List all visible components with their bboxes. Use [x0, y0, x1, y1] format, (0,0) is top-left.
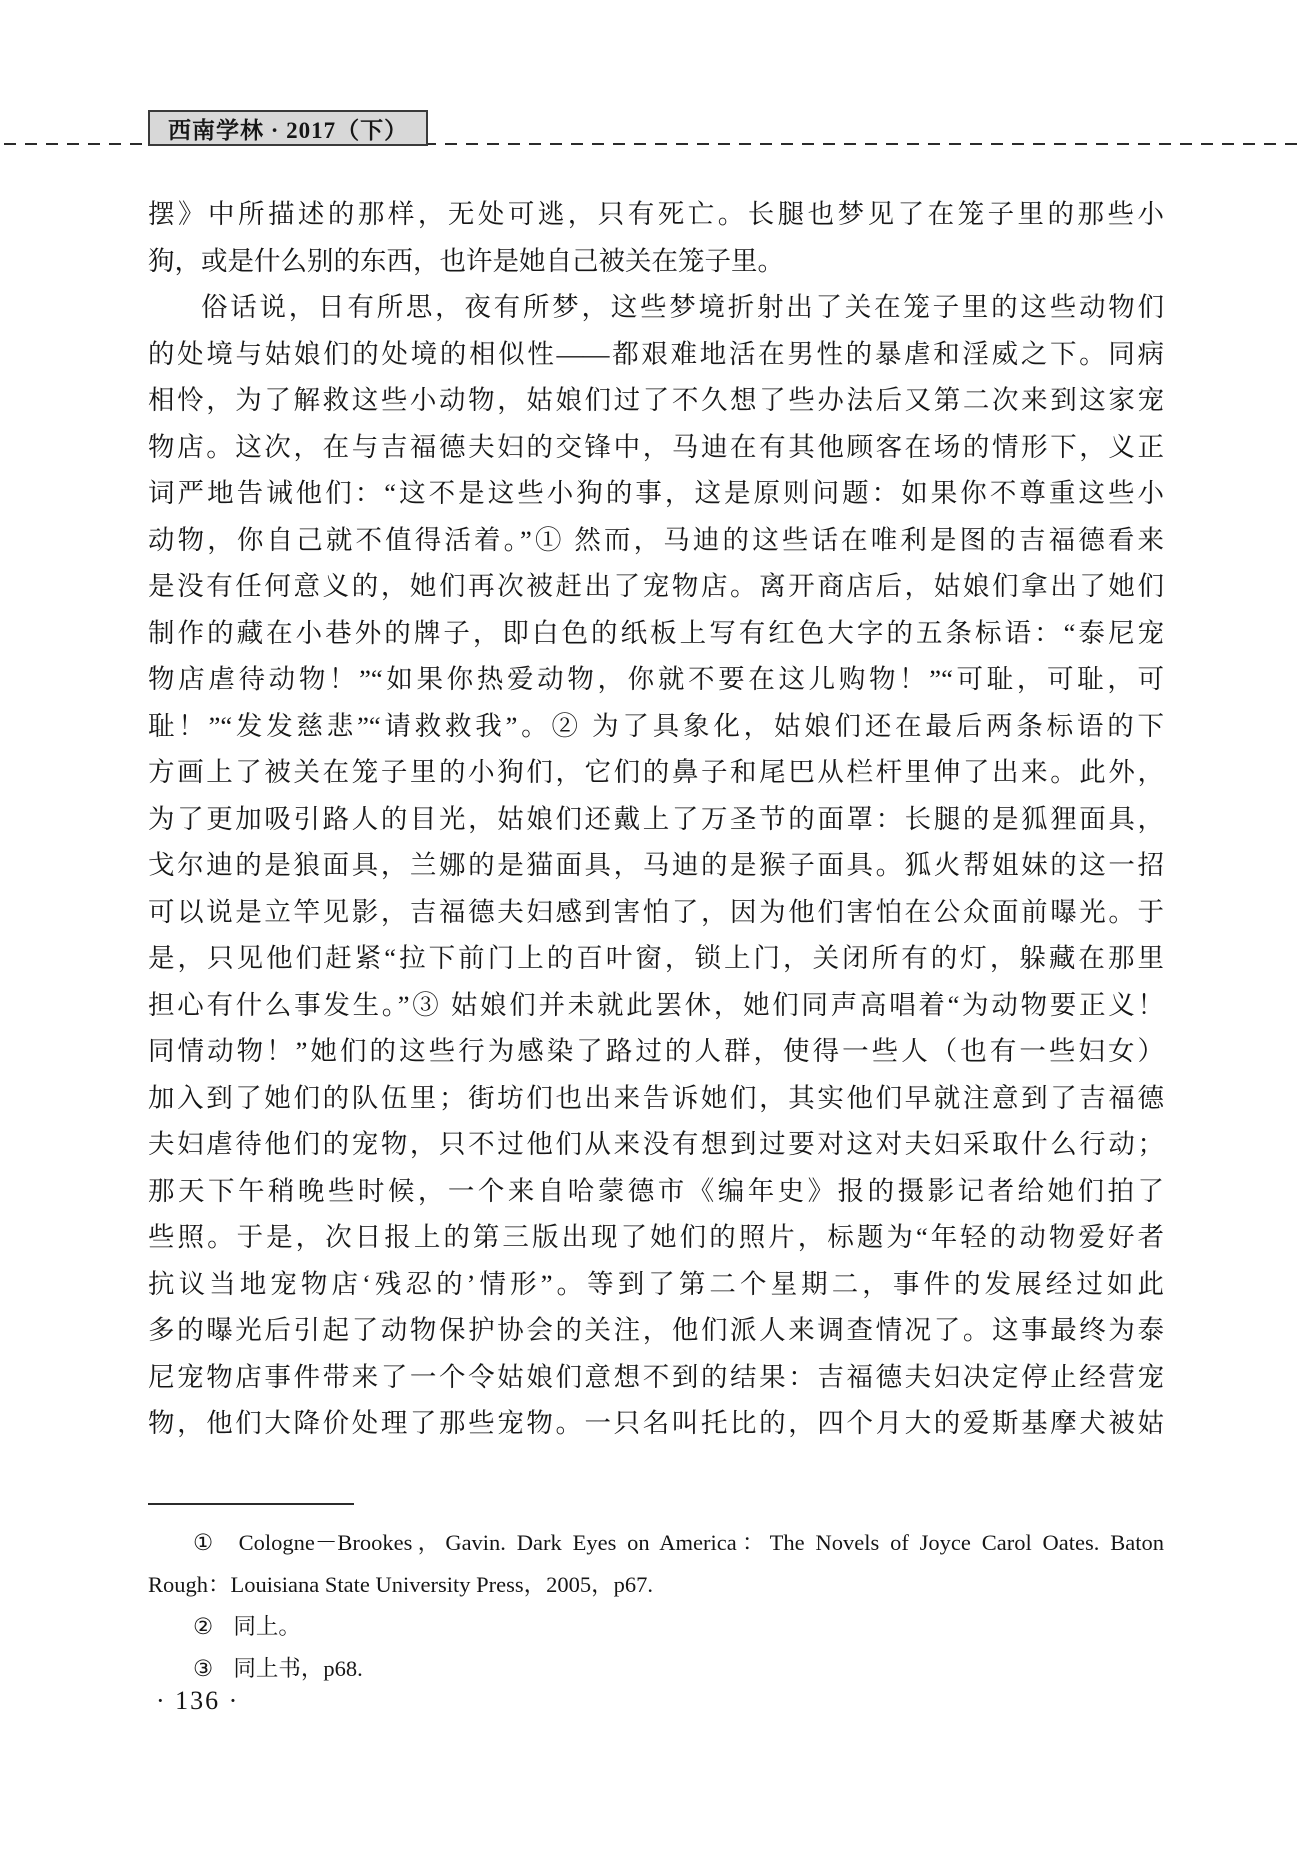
running-title: 西南学林 · 2017（下）	[168, 112, 408, 145]
text-line: 抗议当地宠物店‘残忍的’情形”。等到了第二个星期二，事件的发展经过如此	[148, 1261, 1164, 1308]
text-line: 戈尔迪的是狼面具，兰娜的是猫面具，马迪的是猴子面具。狐火帮姐妹的这一招	[148, 842, 1164, 889]
text-line: 同情动物！”她们的这些行为感染了路过的人群，使得一些人（也有一些妇女）	[148, 1028, 1164, 1075]
text-line: 物，他们大降价处理了那些宠物。一只名叫托比的，四个月大的爱斯基摩犬被姑	[148, 1400, 1164, 1447]
page-number: · 136 ·	[156, 1686, 239, 1716]
text-line: 是，只见他们赶紧“拉下前门上的百叶窗，锁上门，关闭所有的灯，躲藏在那里	[148, 935, 1164, 982]
text-line: 制作的藏在小巷外的牌子，即白色的纸板上写有红色大字的五条标语：“泰尼宠	[148, 610, 1164, 657]
text-line: 可以说是立竿见影，吉福德夫妇感到害怕了，因为他们害怕在公众面前曝光。于	[148, 889, 1164, 936]
text-line: 俗话说，日有所思，夜有所梦，这些梦境折射出了关在笼子里的这些动物们	[148, 284, 1164, 331]
footnote-text: Cologne－Brookes，Gavin. Dark Eyes on Amer…	[148, 1530, 1164, 1597]
text-line: 是没有任何意义的，她们再次被赶出了宠物店。离开商店后，姑娘们拿出了她们	[148, 563, 1164, 610]
text-line: 动物，你自己就不值得活着。”① 然而，马迪的这些话在唯利是图的吉福德看来	[148, 517, 1164, 564]
text-line: 物店虐待动物！”“如果你热爱动物，你就不要在这儿购物！”“可耻，可耻，可	[148, 656, 1164, 703]
text-line: 方画上了被关在笼子里的小狗们，它们的鼻子和尾巴从栏杆里伸了出来。此外，	[148, 749, 1164, 796]
text-line: 多的曝光后引起了动物保护协会的关注，他们派人来调查情况了。这事最终为泰	[148, 1307, 1164, 1354]
running-title-box: 西南学林 · 2017（下）	[148, 110, 428, 146]
footnote-text: 同上。	[233, 1614, 301, 1639]
footnotes: ①Cologne－Brookes，Gavin. Dark Eyes on Ame…	[148, 1522, 1164, 1690]
text-line: 相怜，为了解救这些小动物，姑娘们过了不久想了些办法后又第二次来到这家宠	[148, 377, 1164, 424]
footnote-item: ③同上书，p68.	[148, 1648, 1164, 1690]
footnote-item: ②同上。	[148, 1606, 1164, 1648]
footnote-text: 同上书，p68.	[233, 1656, 362, 1681]
footnote-marker: ③	[193, 1656, 213, 1681]
text-line: 词严地告诫他们：“这不是这些小狗的事，这是原则问题：如果你不尊重这些小	[148, 470, 1164, 517]
text-line: 耻！”“发发慈悲”“请救救我”。② 为了具象化，姑娘们还在最后两条标语的下	[148, 703, 1164, 750]
footnote-marker: ②	[193, 1614, 213, 1639]
text-line: 担心有什么事发生。”③ 姑娘们并未就此罢休，她们同声高唱着“为动物要正义！	[148, 982, 1164, 1029]
footnote-separator	[148, 1503, 354, 1505]
document-page: 西南学林 · 2017（下） 摆》中所描述的那样，无处可逃，只有死亡。长腿也梦见…	[0, 0, 1307, 1859]
text-line: 物店。这次，在与吉福德夫妇的交锋中，马迪在有其他顾客在场的情形下，义正	[148, 424, 1164, 471]
text-line: 为了更加吸引路人的目光，姑娘们还戴上了万圣节的面罩：长腿的是狐狸面具，	[148, 796, 1164, 843]
text-line: 加入到了她们的队伍里；街坊们也出来告诉她们，其实他们早就注意到了吉福德	[148, 1075, 1164, 1122]
text-line: 摆》中所描述的那样，无处可逃，只有死亡。长腿也梦见了在笼子里的那些小	[148, 191, 1164, 238]
body-text: 摆》中所描述的那样，无处可逃，只有死亡。长腿也梦见了在笼子里的那些小狗，或是什么…	[148, 191, 1164, 1447]
text-line: 些照。于是，次日报上的第三版出现了她们的照片，标题为“年轻的动物爱好者	[148, 1214, 1164, 1261]
text-line: 的处境与姑娘们的处境的相似性——都艰难地活在男性的暴虐和淫威之下。同病	[148, 331, 1164, 378]
text-line: 那天下午稍晚些时候，一个来自哈蒙德市《编年史》报的摄影记者给她们拍了	[148, 1168, 1164, 1215]
footnote-marker: ①	[193, 1530, 218, 1555]
text-line: 狗，或是什么别的东西，也许是她自己被关在笼子里。	[148, 238, 1164, 285]
text-line: 夫妇虐待他们的宠物，只不过他们从来没有想到过要对这对夫妇采取什么行动；	[148, 1121, 1164, 1168]
text-line: 尼宠物店事件带来了一个令姑娘们意想不到的结果：吉福德夫妇决定停止经营宠	[148, 1354, 1164, 1401]
footnote-item: ①Cologne－Brookes，Gavin. Dark Eyes on Ame…	[148, 1522, 1164, 1606]
